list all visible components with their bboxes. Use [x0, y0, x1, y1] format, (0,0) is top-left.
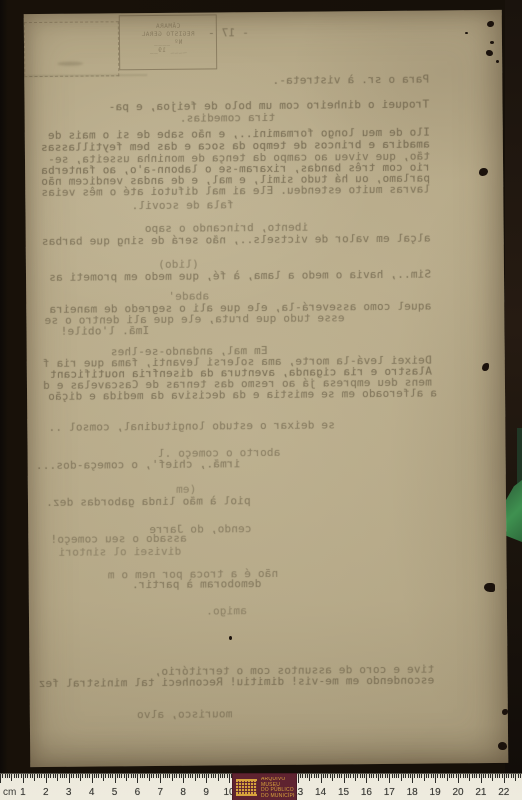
ruler-tick: [117, 774, 118, 778]
ruler-tick: [167, 774, 168, 778]
typed-line: se deixar o estudo longitudinal, comsol …: [49, 419, 336, 433]
ruler-tick: [344, 774, 345, 783]
ruler-tick: [128, 774, 129, 778]
ruler-tick: [55, 774, 56, 778]
ruler-tick: [382, 774, 383, 778]
ruler-tick: [18, 774, 19, 778]
ruler-tick: [85, 774, 86, 778]
typed-line: Sim.., havia o medo a lama, à fé, que me…: [49, 269, 431, 283]
ruler-tick: [46, 774, 47, 783]
ruler-tick: [435, 774, 436, 783]
ruler-tick: [202, 774, 203, 778]
ruler-tick: [458, 774, 459, 783]
ruler-tick: [444, 774, 445, 778]
ruler-tick: [424, 774, 425, 781]
ruler-tick: [421, 774, 422, 778]
ruler-tick: [451, 774, 452, 778]
ruler-tick: [332, 774, 333, 781]
ruler-tick: [311, 774, 312, 778]
ruler-tick: [314, 774, 315, 778]
ruler-tick: [208, 774, 209, 778]
typed-line: alçal em valor de victsels.., não será d…: [42, 233, 431, 247]
ruler-tick: [44, 774, 45, 778]
ruler-tick: [73, 774, 74, 778]
ruler-tick: [87, 774, 88, 778]
ruler-tick: [172, 774, 173, 781]
ruler-tick: [133, 774, 134, 778]
ruler-tick: [380, 774, 381, 778]
ruler-tick: [147, 774, 148, 778]
ruler-tick: [325, 774, 326, 778]
ruler-tick: [353, 774, 354, 778]
ruler-tick: [476, 774, 477, 778]
ruler-tick: [433, 774, 434, 778]
ruler-number: 15: [338, 787, 349, 798]
ruler-tick: [92, 774, 93, 783]
stamp-bleedthrough: CÂMARAREGISTO GERALNº ________ 19__: [119, 14, 217, 70]
typed-line: assado o seu começo!: [50, 533, 187, 545]
ruler-tick: [183, 774, 184, 783]
ruler-tick: [371, 774, 372, 778]
ruler-number: 21: [475, 787, 486, 798]
ruler-tick: [437, 774, 438, 778]
typed-line: (em: [175, 484, 196, 495]
ink-blot: [496, 60, 499, 63]
document-page: CÂMARAREGISTO GERALNº ________ 19__ - 17…: [24, 10, 509, 767]
ink-blot: [486, 50, 493, 56]
ruler-tick: [181, 774, 182, 778]
ruler-tick: [518, 774, 519, 778]
ruler-number: 5: [112, 787, 118, 798]
ruler-tick: [511, 774, 512, 778]
ruler-tick: [160, 774, 161, 783]
ruler-tick: [488, 774, 489, 778]
ruler-tick: [472, 774, 473, 778]
ink-blot: [229, 636, 232, 640]
ruler-tick: [64, 774, 65, 778]
ruler-tick: [108, 774, 109, 778]
typed-line: fala de scovil.: [131, 199, 233, 211]
ruler-tick: [469, 774, 470, 781]
ruler-tick: [131, 774, 132, 778]
ruler-tick: [316, 774, 317, 778]
ruler-tick: [405, 774, 406, 778]
ruler-tick: [57, 774, 58, 781]
ruler-tick: [124, 774, 125, 778]
ruler-tick: [112, 774, 113, 778]
ruler-tick: [360, 774, 361, 778]
ruler-tick: [364, 774, 365, 778]
ruler-tick: [298, 774, 299, 783]
ruler-tick: [135, 774, 136, 778]
ruler-tick: [398, 774, 399, 778]
typed-line: amigo.: [206, 605, 247, 616]
ink-blot: [484, 583, 495, 592]
ink-blot: [498, 742, 507, 750]
ruler-tick: [309, 774, 310, 781]
ruler-tick: [89, 774, 90, 778]
ruler-number: 3: [66, 787, 72, 798]
ruler-tick: [362, 774, 363, 778]
building-icon: [236, 779, 257, 796]
ruler-tick: [163, 774, 164, 778]
ruler-tick: [188, 774, 189, 778]
scan-frame-border: [505, 0, 522, 775]
ruler-tick: [348, 774, 349, 778]
stamp-line: ____ 19__: [120, 46, 216, 55]
ruler-tick: [456, 774, 457, 778]
ruler-tick: [410, 774, 411, 778]
ruler-tick: [37, 774, 38, 778]
ruler-tick: [412, 774, 413, 783]
ruler-tick: [387, 774, 388, 778]
ruler-tick: [460, 774, 461, 778]
ruler-tick: [499, 774, 500, 778]
ruler-tick: [483, 774, 484, 778]
archive-logo-line: DO MUNICÍPIO: [261, 794, 295, 800]
ruler-tick: [103, 774, 104, 781]
ruler-tick: [48, 774, 49, 778]
ruler-tick: [94, 774, 95, 778]
ruler-tick: [151, 774, 152, 778]
ruler-tick: [119, 774, 120, 778]
ruler-tick: [481, 774, 482, 783]
ruler-tick: [218, 774, 219, 781]
ruler-tick: [213, 774, 214, 778]
ruler-tick: [497, 774, 498, 778]
ruler-number: 18: [407, 787, 418, 798]
ruler-tick: [513, 774, 514, 778]
ruler-tick: [357, 774, 358, 778]
typed-line: - 17 -: [208, 27, 249, 38]
ruler-number: 16: [361, 787, 372, 798]
ruler-tick: [392, 774, 393, 778]
archive-logo: ARQUIVOMUSEUDO PÚBLICODO MUNICÍPIO: [233, 774, 296, 800]
ruler-tick: [222, 774, 223, 778]
ruler-number: 7: [158, 787, 164, 798]
ruler-tick: [465, 774, 466, 778]
ruler-tick: [408, 774, 409, 778]
ink-blot: [490, 41, 494, 44]
typed-line: divisei ol sintori: [59, 546, 182, 558]
ruler-tick: [490, 774, 491, 778]
ruler-tick: [197, 774, 198, 778]
ruler-tick: [504, 774, 505, 783]
ruler-tick: [206, 774, 207, 783]
typed-line: abade': [168, 290, 209, 301]
ink-blot: [487, 21, 494, 27]
ruler-tick: [378, 774, 379, 781]
ruler-number: 19: [430, 787, 441, 798]
ruler-tick: [394, 774, 395, 778]
ruler-tick: [195, 774, 196, 781]
ruler-tick: [330, 774, 331, 778]
ruler-tick: [80, 774, 81, 781]
ruler-tick: [76, 774, 77, 778]
ruler-tick: [334, 774, 335, 778]
ruler-tick: [0, 774, 1, 783]
typed-line: Para o sr. à vistreta-.: [272, 74, 429, 86]
ruler-tick: [32, 774, 33, 778]
ruler-tick: [199, 774, 200, 778]
ruler-tick: [78, 774, 79, 778]
ruler-number: 20: [452, 787, 463, 798]
ruler-number: 14: [315, 787, 326, 798]
ruler-tick: [211, 774, 212, 778]
ruler-tick: [110, 774, 111, 778]
typed-line: irmã., chief', o começa-dos...: [36, 458, 241, 471]
ruler-tick: [115, 774, 116, 783]
ruler-tick: [307, 774, 308, 778]
ruler-tick: [21, 774, 22, 778]
ruler-tick: [190, 774, 191, 778]
ruler-tick: [463, 774, 464, 778]
ruler-tick: [192, 774, 193, 778]
ruler-tick: [25, 774, 26, 778]
ruler-tick: [506, 774, 507, 778]
ruler-tick: [515, 774, 516, 781]
ruler-tick: [502, 774, 503, 778]
typed-line: lavras muito estendeu. Ele ai mal difuto…: [41, 184, 430, 198]
typed-line: a alferoado em se emistia e da decisiva …: [48, 388, 437, 402]
ruler-unit-label: cm: [3, 787, 16, 798]
typed-line: demoboram à partir.: [132, 578, 262, 590]
ruler-tick: [346, 774, 347, 778]
typed-line: mourisco, alvo: [137, 708, 233, 720]
ruler-tick: [105, 774, 106, 778]
ruler-tick: [140, 774, 141, 778]
ruler-tick: [53, 774, 54, 778]
ruler-tick: [508, 774, 509, 778]
ruler-tick: [302, 774, 303, 778]
ruler-tick: [137, 774, 138, 783]
ruler-tick: [366, 774, 367, 783]
ruler-tick: [101, 774, 102, 778]
ruler-tick: [485, 774, 486, 778]
ruler-tick: [220, 774, 221, 778]
ruler-tick: [449, 774, 450, 778]
ruler-tick: [495, 774, 496, 778]
ruler-tick: [7, 774, 8, 778]
ruler-tick: [144, 774, 145, 778]
ruler-tick: [426, 774, 427, 778]
ruler-tick: [96, 774, 97, 778]
ruler-number: 17: [384, 787, 395, 798]
ruler-tick: [179, 774, 180, 778]
ruler-tick: [27, 774, 28, 778]
ruler-tick: [355, 774, 356, 781]
ruler-tick: [369, 774, 370, 778]
ruler-tick: [23, 774, 24, 783]
ruler-tick: [492, 774, 493, 781]
ruler-tick: [41, 774, 42, 778]
ruler-tick: [39, 774, 40, 778]
ruler-tick: [142, 774, 143, 778]
ruler-tick: [417, 774, 418, 778]
ruler-tick: [126, 774, 127, 781]
ruler-tick: [337, 774, 338, 778]
ruler-tick: [34, 774, 35, 781]
ruler-tick: [431, 774, 432, 778]
ruler-tick: [376, 774, 377, 778]
ruler-tick: [385, 774, 386, 778]
ruler-number: 6: [135, 787, 141, 798]
ruler-tick: [174, 774, 175, 778]
ruler-tick: [69, 774, 70, 783]
ruler-number: 1: [20, 787, 26, 798]
ruler-tick: [98, 774, 99, 778]
ruler-tick: [5, 774, 6, 778]
typed-line: (lido): [158, 259, 199, 270]
typed-line: escondendo em me-vis! dimitiu! Reconheci…: [39, 675, 435, 689]
green-edge-sliver: [517, 428, 522, 486]
ruler-tick: [176, 774, 177, 778]
typed-line: piol à mão linda gabordas dez.: [46, 495, 251, 508]
ruler-number: 9: [203, 787, 209, 798]
ruler-tick: [62, 774, 63, 778]
ruler-tick: [479, 774, 480, 778]
ruler-tick: [373, 774, 374, 778]
ruler-tick: [339, 774, 340, 778]
ruler-number: 4: [89, 787, 95, 798]
ruler-tick: [389, 774, 390, 783]
ruler-tick: [321, 774, 322, 783]
stamp-outline-left: [24, 21, 119, 77]
ruler-tick: [121, 774, 122, 778]
ruler-tick: [442, 774, 443, 778]
ruler-tick: [403, 774, 404, 778]
ruler-tick: [169, 774, 170, 778]
stamp-signature-smudge: [57, 62, 83, 66]
ruler-tick: [215, 774, 216, 778]
ruler-tick: [71, 774, 72, 778]
ruler-tick: [467, 774, 468, 778]
ruler-tick: [414, 774, 415, 778]
ruler-number: 8: [180, 787, 186, 798]
ruler-tick: [396, 774, 397, 778]
ruler-number: 2: [43, 787, 49, 798]
ruler-tick: [300, 774, 301, 778]
ruler-tick: [453, 774, 454, 778]
ruler-tick: [11, 774, 12, 781]
ruler-tick: [520, 774, 521, 778]
ruler-tick: [185, 774, 186, 778]
ruler-tick: [14, 774, 15, 778]
ruler-tick: [50, 774, 51, 778]
ruler-tick: [30, 774, 31, 778]
ruler-tick: [428, 774, 429, 778]
scanned-document-photo: CÂMARAREGISTO GERALNº ________ 19__ - 17…: [0, 0, 522, 800]
ruler-tick: [419, 774, 420, 778]
ruler-tick: [447, 774, 448, 781]
ruler-tick: [350, 774, 351, 778]
ruler-tick: [66, 774, 67, 778]
ruler-tick: [156, 774, 157, 778]
ruler-tick: [341, 774, 342, 778]
ruler-tick: [323, 774, 324, 778]
ruler-tick: [60, 774, 61, 778]
ruler-tick: [158, 774, 159, 778]
typed-line: tira comedias.: [180, 112, 276, 124]
typewritten-text-block: - 17 -Para o sr. à vistreta-.Troquei o d…: [24, 10, 502, 14]
typed-line: Imã. l'obile!: [61, 325, 150, 337]
ink-smudge: [27, 74, 147, 77]
ruler-tick: [82, 774, 83, 778]
ruler-tick: [2, 774, 3, 778]
ruler-tick: [227, 774, 228, 778]
ruler-tick: [165, 774, 166, 778]
archive-logo-text: ARQUIVOMUSEUDO PÚBLICODO MUNICÍPIO: [261, 777, 295, 799]
ruler-tick: [474, 774, 475, 778]
ruler-number: 22: [498, 787, 509, 798]
ruler-tick: [440, 774, 441, 778]
ruler-tick: [153, 774, 154, 778]
measurement-ruler: cm 12345678910111213141516171819202122 A…: [0, 773, 522, 800]
ruler-tick: [204, 774, 205, 778]
ruler-tick: [9, 774, 10, 778]
ink-blot: [465, 32, 468, 34]
ruler-tick: [224, 774, 225, 778]
ruler-tick: [318, 774, 319, 778]
ruler-tick: [327, 774, 328, 778]
ruler-tick: [149, 774, 150, 781]
ruler-tick: [305, 774, 306, 778]
ruler-tick: [229, 774, 230, 783]
ruler-tick: [16, 774, 17, 778]
ruler-tick: [401, 774, 402, 781]
